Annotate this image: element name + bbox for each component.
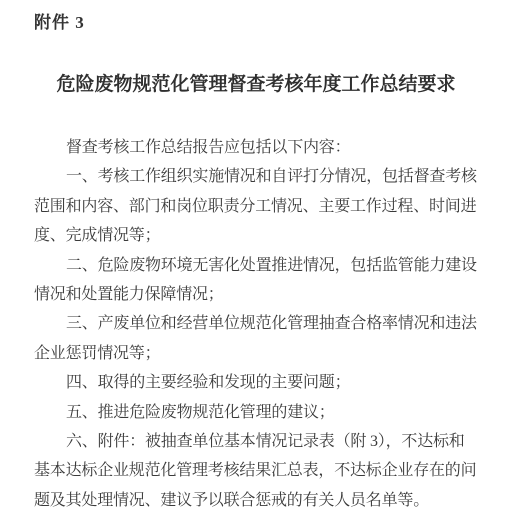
document-title: 危险废物规范化管理督查考核年度工作总结要求 (34, 72, 478, 97)
item-3-paragraph: 三、产废单位和经营单位规范化管理抽查合格率情况和违法 企业惩罚情况等； (34, 309, 478, 368)
body-line: 企业惩罚情况等； (34, 339, 478, 368)
item-4-paragraph: 四、取得的主要经验和发现的主要问题； (34, 368, 478, 397)
body-line: 六、附件：被抽查单位基本情况记录表（附 3），不达标和 (34, 427, 478, 456)
body-line: 督查考核工作总结报告应包括以下内容： (34, 133, 478, 162)
body-line: 度、完成情况等； (34, 221, 478, 250)
item-2-paragraph: 二、危险废物环境无害化处置推进情况，包括监管能力建设 情况和处置能力保障情况； (34, 251, 478, 310)
body-line: 情况和处置能力保障情况； (34, 280, 478, 309)
attachment-label: 附件 3 (34, 13, 478, 33)
body-line: 基本达标企业规范化管理考核结果汇总表，不达标企业存在的问 (34, 456, 478, 485)
item-1-paragraph: 一、考核工作组织实施情况和自评打分情况，包括督查考核 范围和内容、部门和岗位职责… (34, 162, 478, 250)
item-6-paragraph: 六、附件：被抽查单位基本情况记录表（附 3），不达标和 基本达标企业规范化管理考… (34, 427, 478, 515)
body-line: 二、危险废物环境无害化处置推进情况，包括监管能力建设 (34, 251, 478, 280)
body-line: 一、考核工作组织实施情况和自评打分情况，包括督查考核 (34, 162, 478, 191)
document-body: 督查考核工作总结报告应包括以下内容： 一、考核工作组织实施情况和自评打分情况，包… (34, 133, 478, 515)
document-page: 附件 3 危险废物规范化管理督查考核年度工作总结要求 督查考核工作总结报告应包括… (0, 0, 514, 523)
body-line: 范围和内容、部门和岗位职责分工情况、主要工作过程、时间进 (34, 192, 478, 221)
body-line: 四、取得的主要经验和发现的主要问题； (34, 368, 478, 397)
body-line: 五、推进危险废物规范化管理的建议； (34, 398, 478, 427)
body-line: 三、产废单位和经营单位规范化管理抽查合格率情况和违法 (34, 309, 478, 338)
intro-paragraph: 督查考核工作总结报告应包括以下内容： (34, 133, 478, 162)
body-line: 题及其处理情况、建议予以联合惩戒的有关人员名单等。 (34, 486, 478, 515)
item-5-paragraph: 五、推进危险废物规范化管理的建议； (34, 398, 478, 427)
